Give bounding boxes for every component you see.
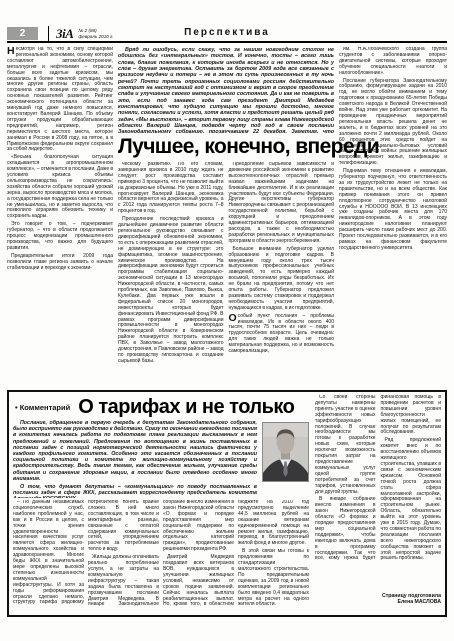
page-credit: Страницу подготовила Елена МАСЛОВА — [315, 593, 441, 605]
intro-paragraph: Послание, обращенное в первую очередь к … — [13, 420, 257, 482]
main-article-column-4: им. Н.А.Лобачевского создана группа студ… — [339, 47, 447, 387]
article-lead: Вряд ли ошибусь, если скажу, что за наши… — [118, 47, 334, 133]
interview-columns: – По данным независимых социологических … — [13, 500, 309, 612]
main-article-center: Вряд ли ошибусь, если скажу, что за наши… — [118, 47, 334, 387]
page-header: 2 ЗіА № 2 (88) февраль 2010 г. Перспекти… — [7, 26, 447, 43]
commentary-article: • Комментарий О тарифах и не только Посл… — [7, 390, 447, 617]
article-paragraph: Поднимая тему отношения к инвалидам, губ… — [339, 169, 447, 252]
article-paragraph: ческому развитию. По его словам, заверше… — [118, 162, 224, 215]
article-paragraph: Преодоление последствий кризиса и дальне… — [118, 217, 224, 365]
commentary-header-row: • Комментарий О тарифах и не только — [13, 395, 309, 419]
main-article-body-columns: ческому развитию. По его словам, заверше… — [118, 162, 334, 370]
article-paragraph: Предварительные итоги 2009 года позволил… — [7, 254, 113, 272]
article-paragraph: Послание губернатора Законодательному со… — [339, 79, 447, 168]
kicker-label: • Комментарий — [13, 403, 70, 412]
main-headline: Лучшее, конечно, впереди — [118, 135, 334, 159]
article-paragraph: Особый пункт послания – проблемы инвалид… — [229, 314, 335, 355]
commentary-intro: Послание, обращенное в первую очередь к … — [13, 420, 257, 498]
main-article: Несмотря на то, что в силу специфики рег… — [5, 46, 449, 387]
deputy-portrait-photo — [262, 422, 309, 482]
newspaper-page: 2 ЗіА № 2 (88) февраль 2010 г. Перспекти… — [0, 0, 454, 641]
commentary-headline: О тарифах и не только — [78, 396, 294, 419]
article-paragraph: Большое внимание губернатор уделил образ… — [229, 247, 335, 312]
portrait-illustration — [263, 423, 308, 481]
commentary-paragraph: Со своей стороны депутаты намерены приня… — [315, 395, 376, 495]
article-paragraph: им. Н.А.Лобачевского создана группа студ… — [339, 47, 447, 77]
article-paragraph: «Весьма благополучная ситуация складывае… — [7, 155, 113, 220]
section-title: Перспектива — [7, 27, 447, 38]
article-paragraph: Преодоление сырьевой зависимости и движе… — [229, 162, 335, 245]
article-paragraph: Это говорит о том, – подчеркивает губерн… — [7, 222, 113, 252]
lead-paragraph: Вряд ли ошибусь, если скажу, что за наши… — [118, 47, 334, 133]
commentary-right-columns: Со своей стороны депутаты намерены приня… — [315, 395, 441, 591]
interview-paragraph: В этой связи мы готовы к предложениям по… — [238, 549, 309, 608]
article-paragraph: Несмотря на то, что в силу специфики рег… — [7, 47, 113, 153]
commentary-left-zone: • Комментарий О тарифах и не только Посл… — [13, 395, 309, 612]
credit-name: Елена МАСЛОВА — [315, 599, 441, 605]
commentary-intro-row: Послание, обращенное в первую очередь к … — [13, 420, 309, 498]
main-article-column-1: Несмотря на то, что в силу специфики рег… — [7, 47, 113, 387]
intro-question: О том, что думают депутаты – «коммунальщ… — [13, 484, 257, 498]
commentary-right-zone: Со своей стороны депутаты намерены приня… — [315, 395, 441, 612]
commentary-paragraph: Ряд предложений комитет внес и по восста… — [381, 438, 442, 562]
